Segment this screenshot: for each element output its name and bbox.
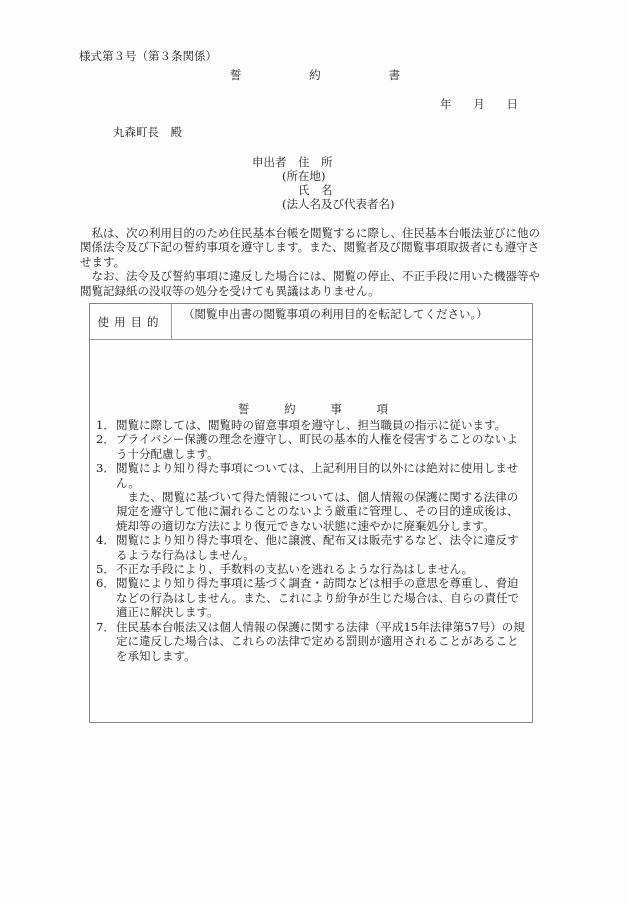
item-text: 閲覧により知り得た事項に基づく調査・訪問などは相手の意思を尊重し、脅迫などの行為… bbox=[116, 576, 526, 619]
pledge-item: 5． 不正な手段により、手数料の支払いを逃れるような行為はしません。 bbox=[96, 562, 526, 576]
pledge-item: 1． 閲覧に際しては、閲覧時の留意事項を遵守し、担当職員の指示に従います。 bbox=[96, 418, 526, 432]
name-note: (法人名及び代表者名) bbox=[282, 197, 394, 211]
purpose-label: 使用目的 bbox=[90, 304, 172, 339]
purpose-row: 使用目的 （閲覧申出書の閲覧事項の利用目的を転記してください。） bbox=[90, 304, 532, 340]
item-text: 閲覧により知り得た事項を、他に譲渡、配布又は販売するなど、法令に違反するような行… bbox=[116, 533, 526, 562]
item-text: 住民基本台帳法又は個人情報の保護に関する法律（平成15年法律第57号）の規定に違… bbox=[116, 620, 526, 663]
title-char: 書 bbox=[389, 68, 401, 82]
title-char: 誓 bbox=[230, 68, 242, 82]
item-text: 閲覧に際しては、閲覧時の留意事項を遵守し、担当職員の指示に従います。 bbox=[116, 418, 526, 432]
address-note: (所在地) bbox=[282, 169, 325, 183]
pledge-item: 7． 住民基本台帳法又は個人情報の保護に関する法律（平成15年法律第57号）の規… bbox=[96, 620, 526, 663]
address-label: 住 所 bbox=[298, 155, 333, 169]
date-year-label: 年 bbox=[440, 97, 452, 111]
item-number: 2． bbox=[96, 432, 116, 461]
date-day-label: 日 bbox=[507, 97, 519, 111]
pledge-item: 4． 閲覧により知り得た事項を、他に譲渡、配布又は販売するなど、法令に違反するよ… bbox=[96, 533, 526, 562]
title-char: 事 bbox=[330, 401, 342, 417]
item-number: 3． bbox=[96, 461, 116, 533]
item-text: また、閲覧に基づいて得た情報については、個人情報の保護に関する法律の規定を遵守し… bbox=[116, 490, 526, 533]
declaration-text: 私は、次の利用目的のため住民基本台帳を閲覧するに際し、住民基本台帳法並びに他の関… bbox=[80, 226, 540, 298]
declaration-paragraph: 私は、次の利用目的のため住民基本台帳を閲覧するに際し、住民基本台帳法並びに他の関… bbox=[80, 226, 540, 269]
document-title: 誓 約 書 bbox=[230, 68, 400, 82]
item-number: 6． bbox=[96, 576, 116, 619]
title-char: 誓 bbox=[238, 401, 250, 417]
form-number: 様式第３号（第３条関係） bbox=[79, 49, 217, 63]
date-month-label: 月 bbox=[473, 97, 485, 111]
pledge-table: 使用目的 （閲覧申出書の閲覧事項の利用目的を転記してください。） 誓 約 事 項… bbox=[89, 303, 533, 723]
pledge-item: 2． プライバシー保護の理念を遵守し、町民の基本的人権を侵害することのないよう十… bbox=[96, 432, 526, 461]
title-char: 約 bbox=[309, 68, 321, 82]
name-label: 氏 名 bbox=[298, 183, 333, 197]
purpose-field[interactable]: （閲覧申出書の閲覧事項の利用目的を転記してください。） bbox=[183, 306, 488, 322]
pledge-items-list: 1． 閲覧に際しては、閲覧時の留意事項を遵守し、担当職員の指示に従います。 2．… bbox=[96, 418, 526, 663]
pledge-item: 3． 閲覧により知り得た事項については、上記利用目的以外には絶対に使用しません。… bbox=[96, 461, 526, 533]
title-char: 約 bbox=[284, 401, 296, 417]
pledge-item: 6． 閲覧により知り得た事項に基づく調査・訪問などは相手の意思を尊重し、脅迫など… bbox=[96, 576, 526, 619]
item-number: 7． bbox=[96, 620, 116, 663]
declaration-paragraph: なお、法令及び誓約事項に違反した場合には、閲覧の停止、不正手段に用いた機器等や閲… bbox=[80, 269, 540, 298]
title-char: 項 bbox=[376, 401, 388, 417]
item-text: プライバシー保護の理念を遵守し、町民の基本的人権を侵害することのないよう十分配慮… bbox=[116, 432, 526, 461]
item-text: 不正な手段により、手数料の支払いを逃れるような行為はしません。 bbox=[116, 562, 526, 576]
item-number: 5． bbox=[96, 562, 116, 576]
item-number: 1． bbox=[96, 418, 116, 432]
item-number: 4． bbox=[96, 533, 116, 562]
item-text: 閲覧により知り得た事項については、上記利用目的以外には絶対に使用しません。 bbox=[116, 461, 526, 490]
pledge-items-title: 誓 約 事 項 bbox=[238, 401, 388, 417]
addressee: 丸森町長 殿 bbox=[113, 125, 182, 139]
applicant-label: 申出者 bbox=[252, 155, 287, 169]
date-line: 年 月 日 bbox=[440, 97, 518, 111]
